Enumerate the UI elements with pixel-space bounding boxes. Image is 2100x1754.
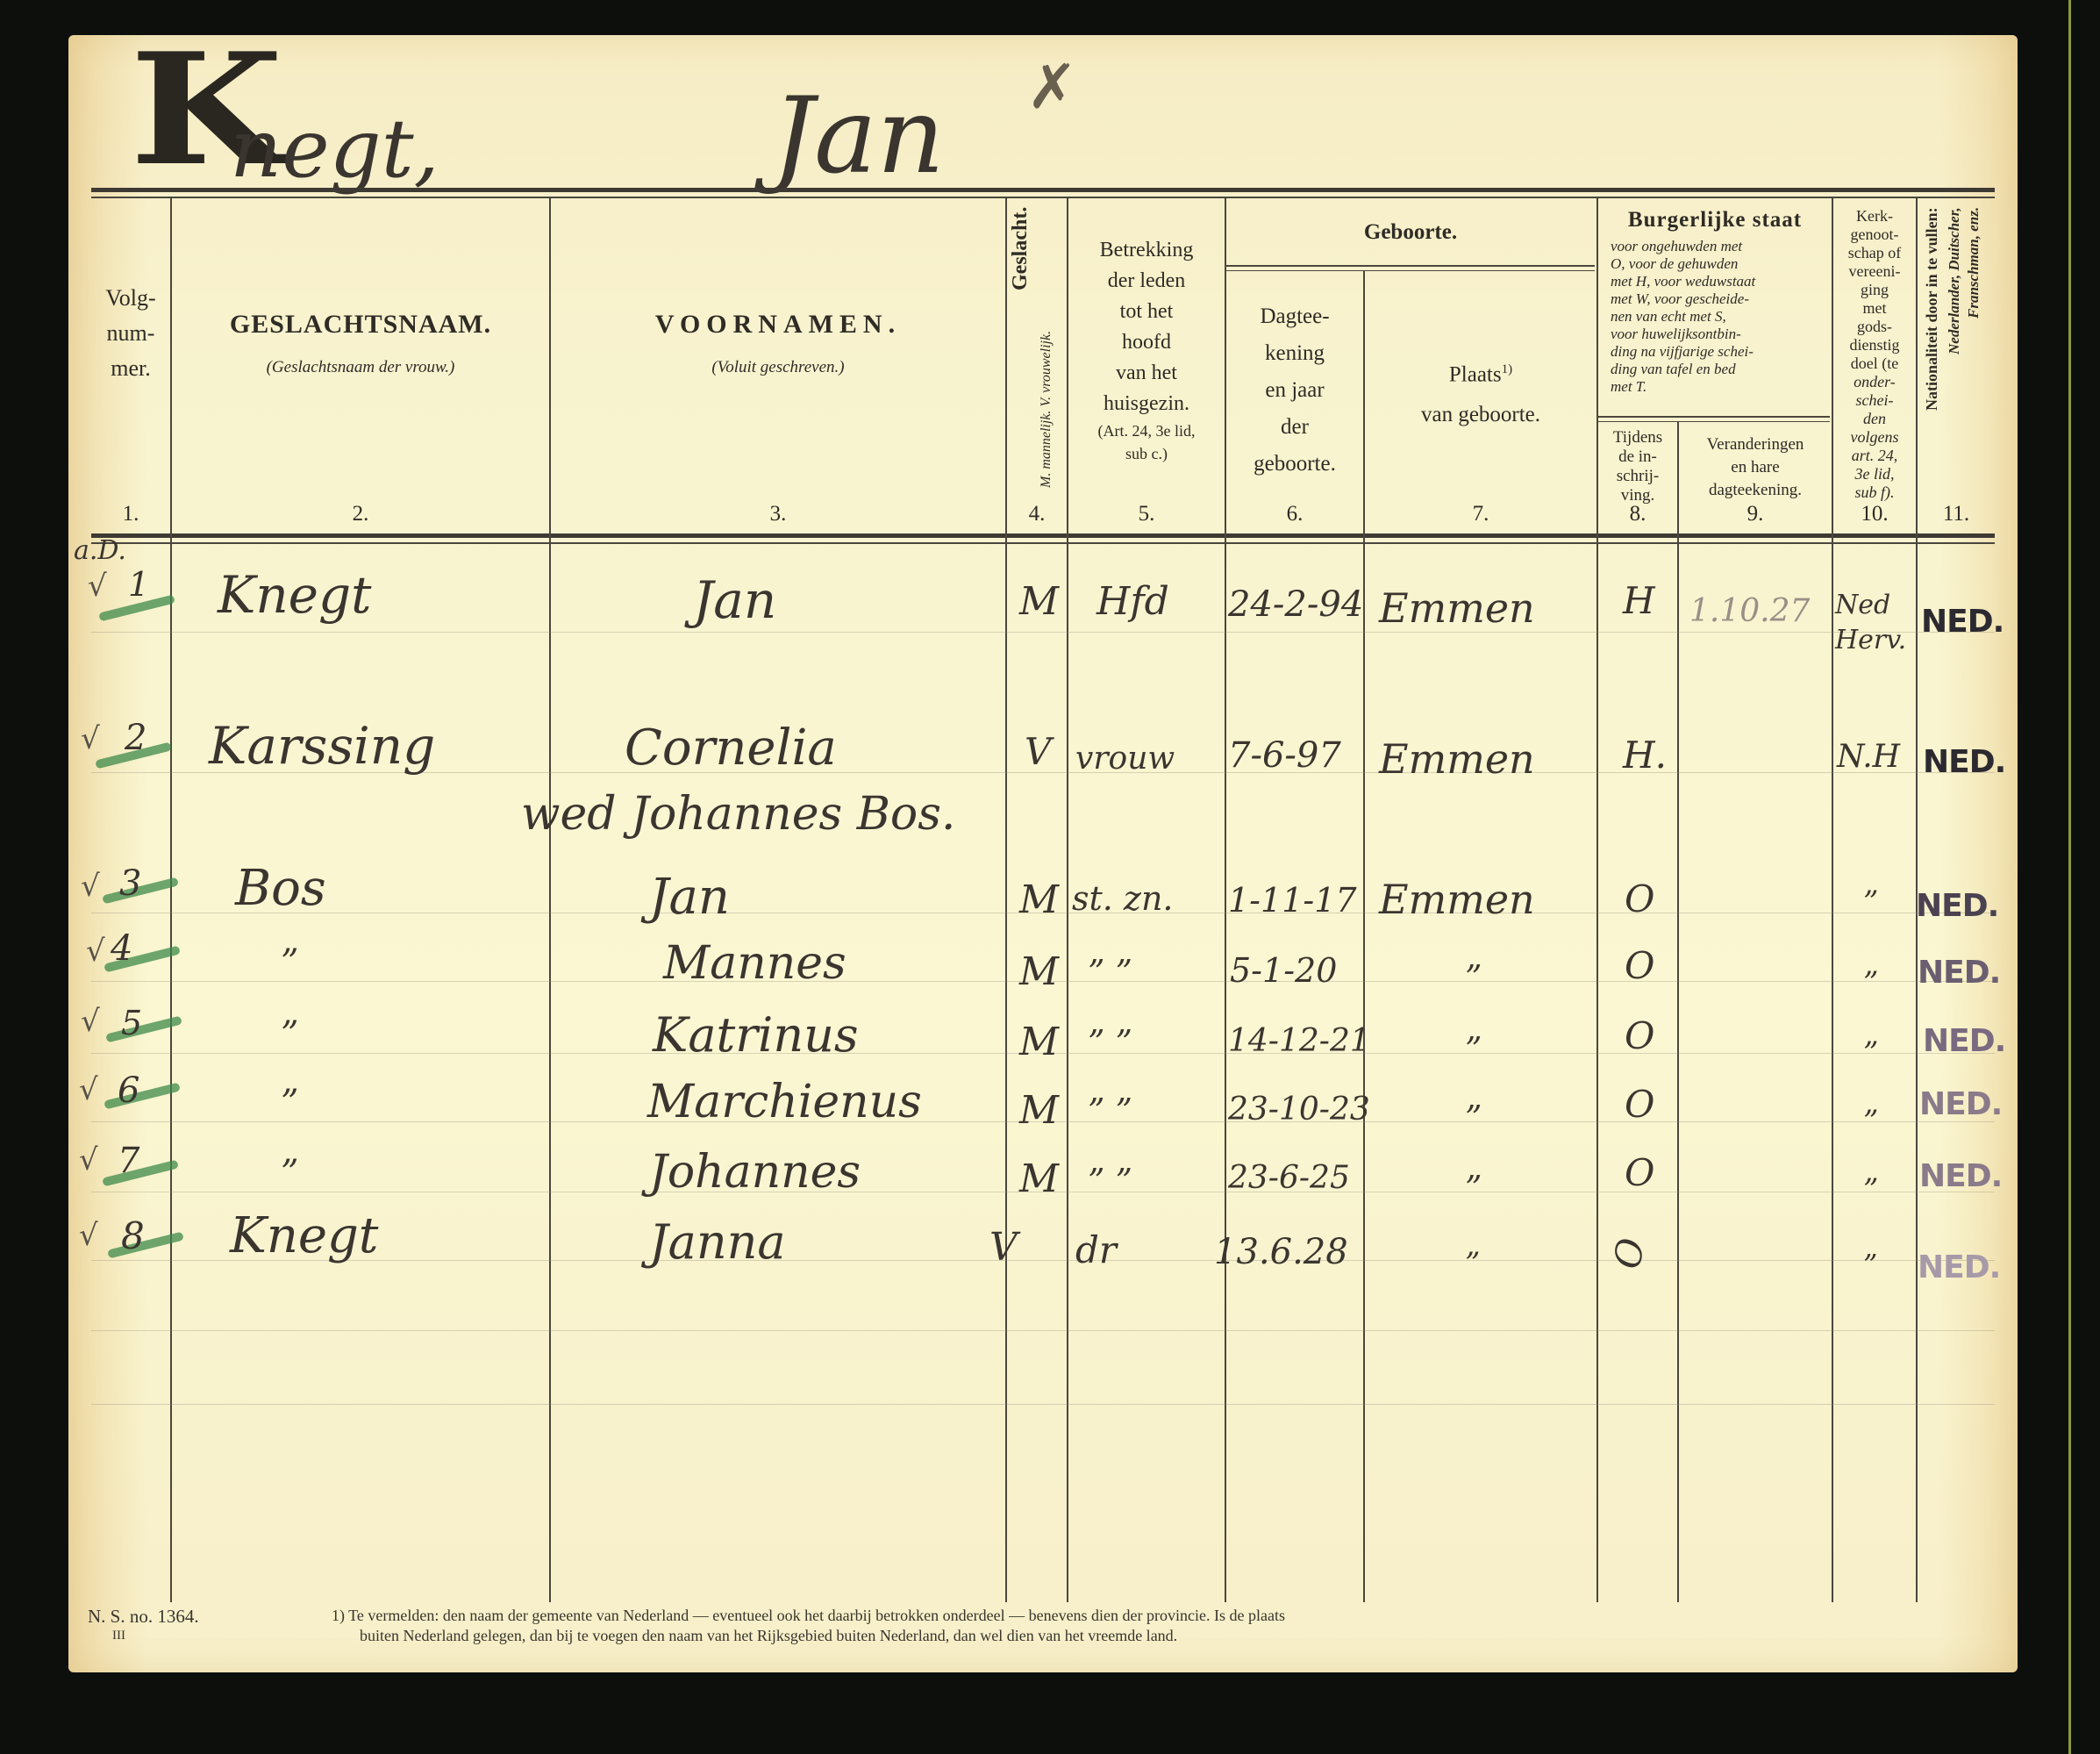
cell-surname: Knegt bbox=[230, 1207, 378, 1264]
form-number: N. S. no. 1364. bbox=[88, 1606, 199, 1628]
cell-surname: ” bbox=[281, 1083, 298, 1123]
header-geslachtsnaam: GESLACHTSNAAM. (Geslachtsnaam der vrouw.… bbox=[172, 309, 549, 377]
cell-changes: 1.10.27 bbox=[1689, 593, 1810, 629]
header-line: Kerk- bbox=[1833, 207, 1916, 226]
row-number: 3 bbox=[119, 863, 141, 904]
header-title: Burgerlijke staat bbox=[1598, 207, 1832, 234]
nationality-stamp: NED. bbox=[1919, 1158, 2002, 1194]
cell-church: ” bbox=[1863, 1172, 1878, 1207]
header-plaats: Plaats1) van geboorte. bbox=[1365, 349, 1596, 435]
column-number: 3. bbox=[551, 502, 1005, 526]
header-line: genoot- bbox=[1833, 226, 1916, 244]
row-number: 6 bbox=[118, 1070, 139, 1111]
column-number: 9. bbox=[1679, 502, 1832, 526]
header-line: voor huwelijksontbin- bbox=[1611, 326, 1823, 343]
header-line: met H, voor weduwstaat bbox=[1611, 273, 1823, 290]
cell-church: Ned Herv. bbox=[1835, 588, 1905, 658]
header-line: dienstig bbox=[1833, 336, 1916, 354]
header-title: VOORNAMEN. bbox=[551, 309, 1005, 341]
column-number: 7. bbox=[1365, 502, 1596, 526]
nationality-stamp: NED. bbox=[1923, 744, 2005, 780]
cell-civil-status: O bbox=[1625, 1083, 1654, 1126]
checkmark-icon: √ bbox=[79, 1072, 98, 1107]
column-divider bbox=[549, 198, 551, 1602]
header-line: en jaar bbox=[1226, 372, 1363, 409]
cell-relation: ” ” bbox=[1088, 1092, 1132, 1130]
header-line: ding na vijfjarige schei- bbox=[1611, 343, 1823, 361]
cell-sex: V bbox=[989, 1225, 1018, 1270]
cell-church: ” bbox=[1863, 965, 1878, 1000]
cell-birth-date: 7-6-97 bbox=[1228, 735, 1341, 776]
title-given-name: Jan bbox=[772, 75, 945, 197]
cell-relation: st. zn. bbox=[1072, 879, 1174, 918]
cell-birth-date: 13.6.28 bbox=[1214, 1232, 1348, 1272]
ruled-line bbox=[91, 632, 1995, 633]
header-line: schap of bbox=[1833, 244, 1916, 262]
ruled-line bbox=[91, 1404, 1995, 1405]
header-line: 3e lid, bbox=[1833, 465, 1916, 483]
cell-sex: M bbox=[1019, 1088, 1059, 1133]
ad-annotation: a.D. bbox=[74, 535, 126, 566]
column-divider bbox=[1677, 421, 1679, 1602]
header-line: der leden bbox=[1068, 266, 1225, 297]
header-geslacht: Geslacht. bbox=[1009, 207, 1039, 488]
header-betrekking: Betrekking der leden tot het hoofd van h… bbox=[1068, 235, 1225, 465]
row-number: 5 bbox=[121, 1004, 142, 1042]
row-number: 1 bbox=[128, 565, 149, 604]
checkmark-icon: √ bbox=[81, 721, 100, 756]
ruled-line bbox=[91, 1330, 1995, 1331]
cell-given-name: Janna bbox=[649, 1214, 786, 1270]
header-line: met T. bbox=[1611, 378, 1823, 396]
header-line: Betrekking bbox=[1068, 235, 1225, 266]
checkmark-icon: √ bbox=[81, 1004, 100, 1039]
cell-relation: ” ” bbox=[1088, 1023, 1132, 1062]
column-divider bbox=[1363, 270, 1365, 1602]
cell-given-name: Mannes bbox=[663, 937, 846, 990]
header-line: sub f). bbox=[1833, 483, 1916, 502]
geboorte-sub-rule bbox=[1226, 265, 1595, 271]
column-divider bbox=[1596, 198, 1598, 1602]
cell-sex: M bbox=[1019, 949, 1059, 994]
header-line: onder- bbox=[1833, 373, 1916, 391]
header-top-rule-thin bbox=[91, 197, 1995, 198]
header-volgnummer: Volg- num- mer. bbox=[91, 281, 170, 386]
cell-sex: M bbox=[1019, 1156, 1059, 1201]
header-top-rule bbox=[91, 188, 1995, 192]
cell-birth-date: 1-11-17 bbox=[1228, 881, 1357, 920]
header-bottom-rule-thin bbox=[91, 542, 1995, 544]
header-line: ding van tafel en bed bbox=[1611, 361, 1823, 378]
cell-civil-status: H bbox=[1623, 579, 1655, 622]
header-line: doel (te bbox=[1833, 354, 1916, 373]
header-veranderingen: Veranderingen en hare dagteekening. bbox=[1679, 433, 1832, 502]
header-line: Volg- bbox=[91, 281, 170, 316]
burgerlijke-sub-rule bbox=[1598, 416, 1830, 422]
cell-birth-place: ” bbox=[1465, 1246, 1480, 1281]
column-number: 6. bbox=[1226, 502, 1363, 526]
column-number: 11. bbox=[1918, 502, 1995, 526]
header-line: schrij- bbox=[1598, 467, 1677, 486]
header-line: met bbox=[1833, 299, 1916, 318]
cell-birth-place: ” bbox=[1465, 958, 1482, 997]
header-line: den bbox=[1833, 410, 1916, 428]
nationality-stamp: NED. bbox=[1918, 1249, 2000, 1285]
header-subtitle: (Geslachtsnaam der vrouw.) bbox=[172, 357, 549, 377]
header-line: mer. bbox=[91, 351, 170, 386]
form-series: III bbox=[112, 1629, 125, 1643]
nationality-stamp: NED. bbox=[1919, 1086, 2002, 1122]
header-line: hoofd bbox=[1068, 327, 1225, 358]
cell-church: ” bbox=[1863, 1035, 1878, 1070]
header-line: gods- bbox=[1833, 318, 1916, 336]
cell-birth-date: 23-10-23 bbox=[1228, 1092, 1370, 1128]
cell-surname: Bos bbox=[235, 860, 326, 917]
header-line: volgens bbox=[1833, 428, 1916, 447]
header-line: num- bbox=[91, 316, 170, 351]
header-line: der bbox=[1226, 409, 1363, 446]
header-line: huisgezin. bbox=[1068, 389, 1225, 419]
header-burgerlijke-desc: voor ongehuwden met O, voor de gehuwden … bbox=[1598, 234, 1832, 396]
header-voornamen: VOORNAMEN. (Voluit geschreven.) bbox=[551, 309, 1005, 377]
cell-birth-place: ” bbox=[1465, 1099, 1482, 1137]
column-number: 2. bbox=[172, 502, 549, 526]
footnote-ref: 1) bbox=[1502, 362, 1513, 376]
header-dagteekening: Dagtee- kening en jaar der geboorte. bbox=[1226, 298, 1363, 483]
footnote-line: 1) Te vermelden: den naam der gemeente v… bbox=[332, 1606, 1285, 1626]
header-line: geboorte. bbox=[1226, 446, 1363, 483]
cell-relation: ” ” bbox=[1088, 953, 1132, 992]
header-line: dagteekening. bbox=[1679, 479, 1832, 502]
header-line: voor ongehuwden met bbox=[1611, 238, 1823, 255]
nationality-stamp: NED. bbox=[1923, 1023, 2005, 1059]
footnote-line: buiten Nederland gelegen, dan bij te voe… bbox=[332, 1626, 1285, 1646]
cell-given-name: Johannes bbox=[649, 1146, 861, 1199]
column-number: 1. bbox=[91, 502, 170, 526]
cell-church: ” bbox=[1863, 884, 1878, 920]
header-nationaliteit-sub1: Nederlander, Duitscher, bbox=[1946, 207, 1965, 497]
header-line: Plaats bbox=[1449, 362, 1502, 386]
header-line: sub c.) bbox=[1068, 442, 1225, 465]
header-geslacht-sub: M. mannelijk. V. vrouwelijk. bbox=[1039, 207, 1061, 488]
cell-surname: ” bbox=[281, 1014, 298, 1055]
header-line: en hare bbox=[1679, 456, 1832, 479]
header-kerkgenootschap: Kerk- genoot- schap of vereeni- ging met… bbox=[1833, 207, 1916, 502]
column-number: 10. bbox=[1833, 502, 1916, 526]
cell-given-name: Jan bbox=[693, 570, 776, 630]
header-nationaliteit: Nationaliteit door in te vullen: bbox=[1923, 207, 1946, 497]
cell-given-name: Marchienus bbox=[647, 1076, 922, 1128]
header-line: Dagtee- bbox=[1226, 298, 1363, 335]
cell-sex: M bbox=[1019, 877, 1059, 922]
nationality-stamp: NED. bbox=[1921, 604, 2004, 640]
footnote: 1) Te vermelden: den naam der gemeente v… bbox=[332, 1606, 1285, 1645]
cell-birth-place: Emmen bbox=[1379, 584, 1535, 632]
scanner-frame-line bbox=[2068, 0, 2071, 1754]
cell-birth-place: ” bbox=[1465, 1030, 1482, 1069]
row-number: 8 bbox=[121, 1214, 145, 1257]
header-line: vereeni- bbox=[1833, 262, 1916, 281]
checkmark-icon: √ bbox=[86, 934, 105, 969]
cell-given-name: Cornelia bbox=[625, 719, 837, 777]
header-line: met W, voor gescheide- bbox=[1611, 290, 1823, 308]
cell-sex: M bbox=[1019, 1020, 1059, 1064]
header-tijdens-inschrijving: Tijdens de in- schrij- ving. bbox=[1598, 428, 1677, 505]
checkmark-icon: √ bbox=[88, 569, 107, 604]
cell-sex: V bbox=[1025, 730, 1051, 773]
header-line: kening bbox=[1226, 335, 1363, 372]
checkmark-icon: √ bbox=[81, 869, 100, 904]
header-line: nen van echt met S, bbox=[1611, 308, 1823, 326]
cell-relation: vrouw bbox=[1075, 741, 1175, 777]
cell-surname: ” bbox=[281, 1153, 298, 1193]
header-line: ging bbox=[1833, 281, 1916, 299]
cross-mark-icon: ✗ bbox=[1026, 51, 1078, 123]
row-number: 2 bbox=[125, 718, 146, 758]
cell-relation: ” ” bbox=[1088, 1162, 1132, 1200]
cell-relation: dr bbox=[1075, 1228, 1117, 1271]
cell-surname: Knegt bbox=[218, 565, 371, 625]
cell-birth-date: 5-1-20 bbox=[1230, 951, 1337, 990]
header-bottom-rule bbox=[91, 533, 1995, 538]
column-divider bbox=[170, 198, 172, 1602]
cell-birth-date: 14-12-21 bbox=[1228, 1023, 1370, 1059]
header-nationaliteit-sub2: Franschman, enz. bbox=[1965, 207, 1984, 470]
column-divider bbox=[1005, 198, 1007, 1602]
cell-given-name: Katrinus bbox=[653, 1007, 859, 1063]
cell-birth-place: Emmen bbox=[1379, 876, 1535, 923]
cell-birth-place: Emmen bbox=[1379, 735, 1535, 783]
header-line: Veranderingen bbox=[1679, 433, 1832, 456]
nationality-stamp: NED. bbox=[1916, 888, 1998, 924]
column-number: 5. bbox=[1068, 502, 1225, 526]
column-number: 8. bbox=[1598, 502, 1677, 526]
header-burgerlijke-staat: Burgerlijke staat voor ongehuwden met O,… bbox=[1598, 207, 1832, 396]
header-line: de in- bbox=[1598, 447, 1677, 467]
cell-given-name: Jan bbox=[649, 869, 730, 926]
cell-civil-status: H. bbox=[1623, 734, 1667, 777]
cell-note: wed Johannes Bos. bbox=[521, 788, 955, 841]
header-line: O, voor de gehuwden bbox=[1611, 255, 1823, 273]
row-number: 7 bbox=[118, 1141, 139, 1181]
cell-surname: ” bbox=[281, 942, 298, 983]
header-title: GESLACHTSNAAM. bbox=[172, 309, 549, 341]
header-line: schei- bbox=[1833, 391, 1916, 410]
header-line: art. 24, bbox=[1833, 447, 1916, 465]
header-line: van het bbox=[1068, 358, 1225, 389]
cell-birth-place: ” bbox=[1465, 1169, 1482, 1207]
cell-church: ” bbox=[1863, 1248, 1877, 1281]
checkmark-icon: √ bbox=[79, 1142, 98, 1178]
header-line: Tijdens bbox=[1598, 428, 1677, 447]
column-number: 4. bbox=[1007, 502, 1067, 526]
header-subtitle: (Voluit geschreven.) bbox=[551, 357, 1005, 377]
cell-surname: Karssing bbox=[209, 716, 435, 776]
cell-church: N.H bbox=[1837, 739, 1900, 775]
cell-birth-date: 24-2-94 bbox=[1228, 584, 1363, 625]
cell-civil-status: O bbox=[1625, 877, 1654, 920]
cell-civil-status: O bbox=[1625, 1151, 1654, 1194]
cell-civil-status: O bbox=[1625, 944, 1654, 987]
header-geboorte-group: Geboorte. bbox=[1226, 219, 1595, 247]
cell-civil-status: O bbox=[1625, 1014, 1654, 1057]
cell-relation: Hfd bbox=[1096, 579, 1169, 624]
title-surname: negt, bbox=[230, 102, 439, 196]
cell-church: ” bbox=[1863, 1104, 1878, 1139]
header-line: tot het bbox=[1068, 297, 1225, 327]
cell-birth-date: 23-6-25 bbox=[1228, 1160, 1350, 1196]
header-line: van geboorte. bbox=[1365, 395, 1596, 435]
checkmark-icon: √ bbox=[79, 1218, 98, 1253]
nationality-stamp: NED. bbox=[1918, 955, 2000, 991]
cell-sex: M bbox=[1019, 579, 1059, 624]
row-number: 4 bbox=[111, 928, 132, 969]
header-line: (Art. 24, 3e lid, bbox=[1068, 419, 1225, 442]
